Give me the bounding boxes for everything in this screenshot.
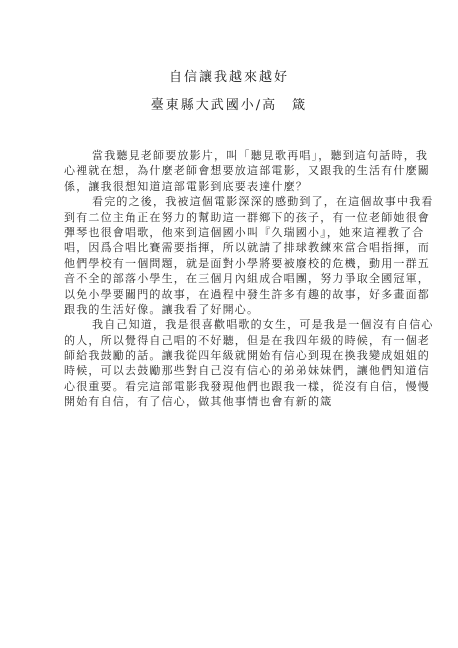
text-line: 彈琴也很會唱歌，他來到這個國小叫『久瑞國小』，她來這裡教了合 [64, 225, 394, 240]
text-line: 看完的之後，我被這個電影深深的感動到了，在這個故事中我看 [64, 194, 394, 209]
document-body: 當我聽見老師要放影片，叫「聽見歌再唱」，聽到這句話時，我 心裡就在想，為什麼老師… [64, 148, 394, 410]
paragraph-2: 看完的之後，我被這個電影深深的感動到了，在這個故事中我看 到有二位主角正在努力的… [64, 194, 394, 317]
text-line: 師給我鼓勵的話。讓我從四年級就開始有信心到現在換我變成姐姐的 [64, 348, 394, 363]
text-line: 時候，可以去鼓勵那些對自己沒有信心的弟弟妹妹們，讓他們知道信 [64, 363, 394, 378]
document-page: 自信讓我越來越好 臺東縣大武國小/高 箴 當我聽見老師要放影片，叫「聽見歌再唱」… [0, 0, 458, 648]
text-line: 心裡就在想，為什麼老師會想要放這部電影，又跟我的生活有什麼關 [64, 163, 394, 178]
document-author: 臺東縣大武國小/高 箴 [0, 94, 458, 113]
text-line: 心很重要。看完這部電影我發現他們也跟我一樣，從沒有自信，慢慢 [64, 379, 394, 394]
text-line: 到有二位主角正在努力的幫助這一群鄉下的孩子，有一位老師她很會 [64, 210, 394, 225]
text-line: 的人，所以覺得自己唱的不好聽，但是在我四年級的時候，有一個老 [64, 333, 394, 348]
text-line: 以免小學要關門的故事，在過程中發生許多有趣的故事，好多畫面都 [64, 287, 394, 302]
document-title: 自信讓我越來越好 [0, 66, 458, 85]
text-line: 他們學校有一個問題，就是面對小學將要被廢校的危機，動用一群五 [64, 256, 394, 271]
text-line: 我自己知道，我是很喜歡唱歌的女生，可是我是一個沒有自信心 [64, 317, 394, 332]
paragraph-1: 當我聽見老師要放影片，叫「聽見歌再唱」，聽到這句話時，我 心裡就在想，為什麼老師… [64, 148, 394, 194]
text-line: 當我聽見老師要放影片，叫「聽見歌再唱」，聽到這句話時，我 [64, 148, 394, 163]
text-line: 跟我的生活好像。讓我看了好開心。 [64, 302, 394, 317]
paragraph-3: 我自己知道，我是很喜歡唱歌的女生，可是我是一個沒有自信心 的人，所以覺得自己唱的… [64, 317, 394, 409]
text-line: 係，讓我很想知道這部電影到底要表達什麼？ [64, 179, 394, 194]
text-line: 開始有自信，有了信心，做其他事情也會有新的箴 [64, 394, 394, 409]
text-line: 音不全的部落小學生，在三個月內組成合唱團，努力爭取全國冠軍， [64, 271, 394, 286]
text-line: 唱，因爲合唱比賽需要指揮，所以就請了排球教練來當合唱指揮，而 [64, 240, 394, 255]
